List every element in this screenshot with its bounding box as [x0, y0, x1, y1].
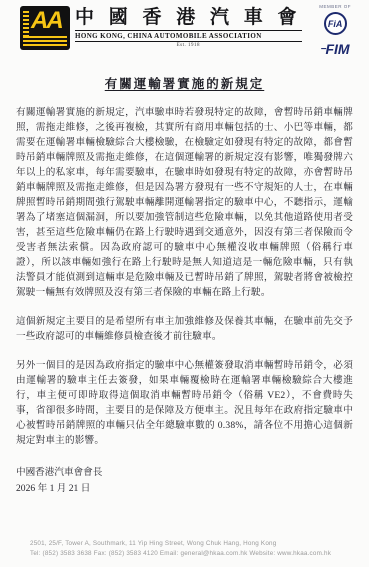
- paragraph-1: 有關運輸署實施的新規定，汽車驗車時若發現特定的故障，會暫時吊銷車輛牌照，需拖走維…: [16, 105, 353, 300]
- org-name-english: HONG KONG, CHINA AUTOMOBILE ASSOCIATION: [75, 30, 302, 42]
- affiliation-logos: MEMBER OF FiA FIM: [319, 4, 351, 57]
- footer-contact-line: Tel: (852) 3583 3638 Fax: (852) 3583 412…: [30, 549, 359, 559]
- fim-logo-icon: FIM: [321, 41, 350, 57]
- letterhead: AA 中 國 香 港 汽 車 會 HONG KONG, CHINA AUTOMO…: [16, 6, 353, 57]
- document-body: 有關運輸署實施的新規定，汽車驗車時若發現特定的故障，會暫時吊銷車輛牌照，需拖走維…: [16, 105, 353, 448]
- paragraph-3: 另外一個目的是因為政府指定的驗車中心無權簽發取消車輛暫時吊銷令，必須由運輸署的驗…: [16, 358, 353, 448]
- org-name-block: 中 國 香 港 汽 車 會 HONG KONG, CHINA AUTOMOBIL…: [75, 6, 302, 48]
- footer-address: 2501, 25/F, Tower A, Southmark, 11 Yip H…: [30, 539, 359, 549]
- aa-logo-icon: AA: [20, 6, 70, 50]
- org-established: Est. 1918: [75, 42, 302, 48]
- org-name-chinese: 中 國 香 港 汽 車 會: [75, 6, 302, 30]
- aa-logo-letters: AA: [31, 7, 62, 35]
- signature-date: 2026 年 1 月 21 日: [16, 481, 353, 497]
- paragraph-2: 這個新規定主要目的是希望所有車主加強維修及保養其車輛，在驗車前先交予一些政府認可…: [16, 314, 353, 344]
- letter-page: AA 中 國 香 港 汽 車 會 HONG KONG, CHINA AUTOMO…: [0, 0, 369, 567]
- document-title: 有關運輸署實施的新規定: [16, 74, 353, 92]
- signature-block: 中國香港汽車會會長 2026 年 1 月 21 日: [16, 465, 353, 497]
- member-of-label: MEMBER OF: [319, 4, 351, 9]
- fia-logo-icon: FiA: [324, 12, 347, 35]
- aa-logo-side-strip: [23, 9, 29, 36]
- association-brand: AA 中 國 香 港 汽 車 會 HONG KONG, CHINA AUTOMO…: [20, 6, 302, 50]
- signature-title: 中國香港汽車會會長: [16, 465, 353, 481]
- aa-logo-stripes: [23, 36, 67, 47]
- footer-contact-info: 2501, 25/F, Tower A, Southmark, 11 Yip H…: [30, 539, 359, 559]
